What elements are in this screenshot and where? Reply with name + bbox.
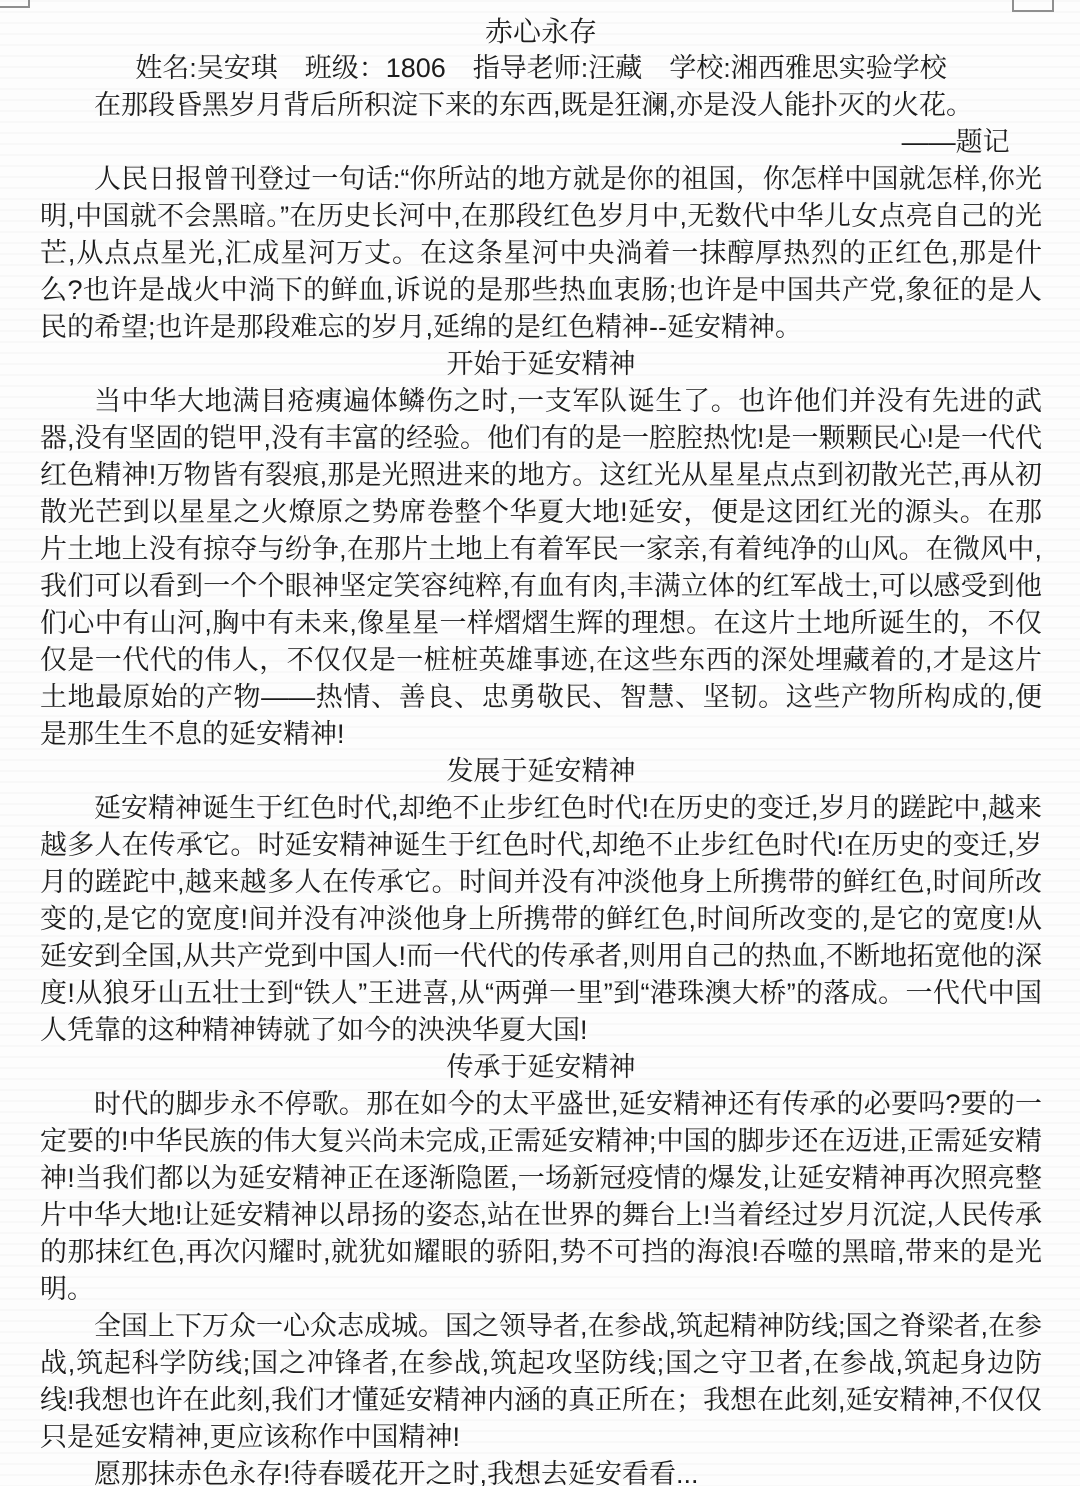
essay-content: 赤心永存 姓名:吴安琪 班级：1806 指导老师:汪藏 学校:湘西雅思实验学校 … [0, 0, 1080, 1486]
essay-title: 赤心永存 [40, 13, 1042, 50]
section-heading: 传承于延安精神 [40, 1049, 1042, 1086]
essay-body: 人民日报曾刊登过一句话:“你所站的地方就是你的祖国，你怎样中国就怎样,你光明,中… [40, 161, 1042, 1486]
scanned-essay-page: 赤心永存 姓名:吴安琪 班级：1806 指导老师:汪藏 学校:湘西雅思实验学校 … [0, 0, 1080, 1486]
essay-byline: 姓名:吴安琪 班级：1806 指导老师:汪藏 学校:湘西雅思实验学校 [40, 50, 1042, 87]
essay-epigraph: 在那段昏黑岁月背后所积淀下来的东西,既是狂澜,亦是没人能扑灭的火花。 [40, 87, 1042, 124]
essay-paragraph: 全国上下万众一心众志成城。国之领导者,在参战,筑起精神防线;国之脊梁者,在参战,… [40, 1308, 1042, 1456]
section-heading: 发展于延安精神 [40, 753, 1042, 790]
epigraph-attribution: ——题记 [40, 124, 1042, 161]
essay-paragraph: 人民日报曾刊登过一句话:“你所站的地方就是你的祖国，你怎样中国就怎样,你光明,中… [40, 161, 1042, 346]
section-heading: 开始于延安精神 [40, 346, 1042, 383]
essay-paragraph: 延安精神诞生于红色时代,却绝不止步红色时代!在历史的变迁,岁月的蹉跎中,越来越多… [40, 790, 1042, 1049]
essay-paragraph: 时代的脚步永不停歌。那在如今的太平盛世,延安精神还有传承的必要吗?要的一定要的!… [40, 1086, 1042, 1308]
essay-paragraph: 当中华大地满目疮痍遍体鳞伤之时,一支军队诞生了。也许他们并没有先进的武器,没有坚… [40, 383, 1042, 753]
essay-paragraph: 愿那抹赤色永存!待春暖花开之时,我想去延安看看... [40, 1456, 1042, 1486]
